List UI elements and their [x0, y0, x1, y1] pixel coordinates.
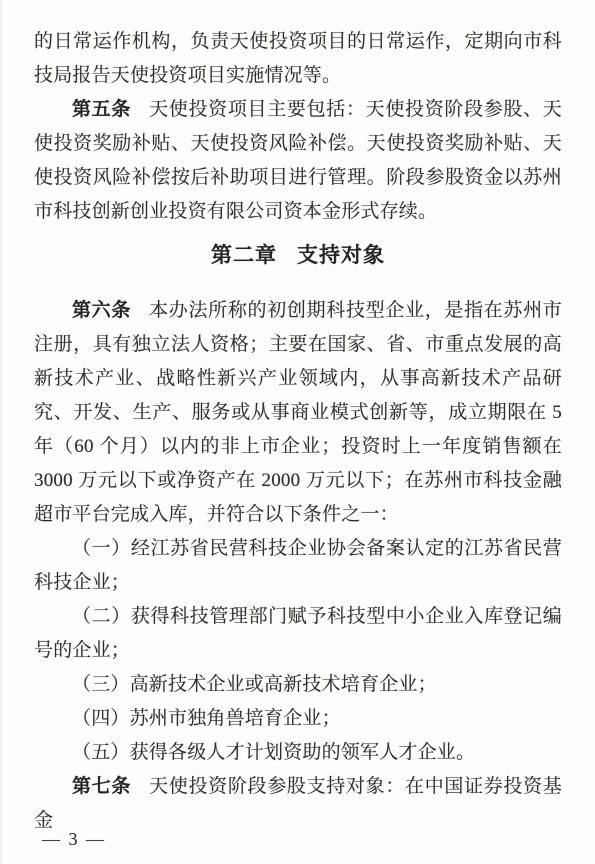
condition-item-2: （二）获得科技管理部门赋予科技型中小企业入库登记编号的企业； — [34, 600, 562, 668]
paragraph-continuation: 的日常运作机构，负责天使投资项目的日常运作，定期向市科技局报告天使投资项目实施情… — [34, 25, 562, 93]
condition-item-1: （一）经江苏省民营科技企业协会备案认定的江苏省民营科技企业； — [34, 532, 562, 600]
article-7-label: 第七条 — [72, 776, 131, 797]
condition-item-4: （四）苏州市独角兽培育企业； — [34, 702, 562, 736]
chapter-2-label: 第二章 — [211, 244, 277, 267]
condition-item-2-text: （二）获得科技管理部门赋予科技型中小企业入库登记编号的企业； — [34, 606, 562, 661]
article-6-text: 本办法所称的初创期科技型企业，是指在苏州市注册，具有独立法人资格；主要在国家、省… — [34, 300, 562, 525]
scan-edge-artifact — [0, 0, 2, 864]
condition-item-3-text: （三）高新技术企业或高新技术培育企业； — [72, 674, 437, 695]
condition-item-4-text: （四）苏州市独角兽培育企业； — [72, 708, 341, 729]
article-6-label: 第六条 — [72, 300, 131, 321]
article-5-paragraph: 第五条天使投资项目主要包括：天使投资阶段参股、天使投资奖励补贴、天使投资风险补偿… — [34, 93, 562, 229]
article-7-paragraph: 第七条天使投资阶段参股支持对象：在中国证券投资基金 — [34, 770, 562, 838]
chapter-2-heading: 第二章支持对象 — [34, 239, 562, 273]
chapter-2-title: 支持对象 — [297, 244, 385, 267]
article-5-label: 第五条 — [72, 99, 131, 120]
condition-item-5: （五）获得各级人才计划资助的领军人才企业。 — [34, 736, 562, 770]
condition-item-1-text: （一）经江苏省民营科技企业协会备案认定的江苏省民营科技企业； — [34, 538, 562, 593]
condition-item-5-text: （五）获得各级人才计划资助的领军人才企业。 — [72, 742, 475, 763]
document-page: 的日常运作机构，负责天使投资项目的日常运作，定期向市科技局报告天使投资项目实施情… — [0, 0, 595, 838]
paragraph-text: 的日常运作机构，负责天使投资项目的日常运作，定期向市科技局报告天使投资项目实施情… — [34, 31, 562, 86]
article-6-paragraph: 第六条本办法所称的初创期科技型企业，是指在苏州市注册，具有独立法人资格；主要在国… — [34, 294, 562, 532]
condition-item-3: （三）高新技术企业或高新技术培育企业； — [34, 668, 562, 702]
page-number: — 3 — — [42, 826, 106, 852]
